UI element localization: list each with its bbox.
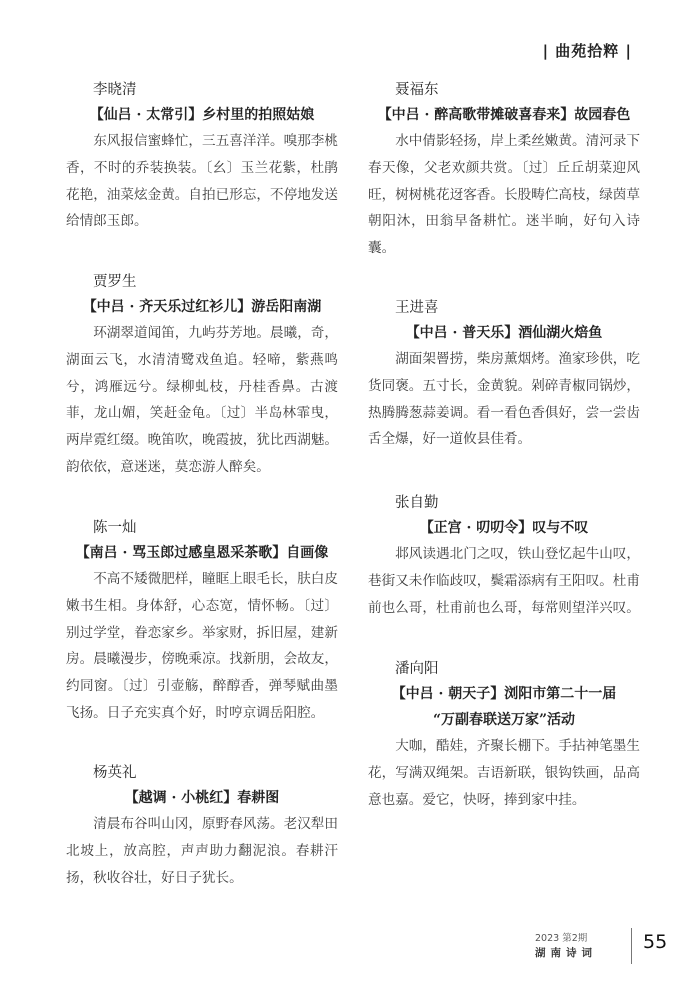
poem-author: 王进喜 bbox=[368, 296, 640, 320]
poem-author: 潘向阳 bbox=[368, 657, 640, 681]
poem-title: 【中吕 · 醉高歌带摊破喜春来】故园春色 bbox=[368, 102, 640, 128]
poem-title-line2: “万副春联送万家”活动 bbox=[368, 707, 640, 733]
poem-block: 陈一灿 【南吕 · 骂玉郎过感皇恩采茶歌】自画像 不高不矮微肥样，瞳眶上眼毛长，… bbox=[66, 516, 338, 761]
poem-title: 【正宫 · 叨叨令】叹与不叹 bbox=[368, 515, 640, 541]
right-column: 聂福东 【中吕 · 醉高歌带摊破喜春来】故园春色 水中倩影轻扬，岸上柔丝嫩黄。清… bbox=[368, 78, 640, 813]
poem-body: 湖面架罾捞，柴房薰烟烤。渔家珍供，吃货同褒。五寸长，金黄貌。剁碎青椒同锅炒，热腾… bbox=[368, 346, 640, 453]
poem-body: 水中倩影轻扬，岸上柔丝嫩黄。清河录下春天像，父老欢颜共赏。〔过〕丘丘胡菜迎风旺，… bbox=[368, 128, 640, 262]
poem-author: 张自勤 bbox=[368, 491, 640, 515]
section-header: | 曲苑拾粹 | bbox=[543, 40, 632, 61]
poem-block: 贾罗生 【中吕 · 齐天乐过红衫儿】游岳阳南湖 环湖翠道闻笛，九屿芬芳地。晨曦，… bbox=[66, 270, 338, 516]
poem-body: 环湖翠道闻笛，九屿芬芳地。晨曦，奇，湖面云飞，水清清鹭戏鱼追。轻啼，紫燕鸣兮，鸿… bbox=[66, 320, 338, 481]
poem-author: 陈一灿 bbox=[66, 516, 338, 540]
footer-divider bbox=[631, 928, 632, 964]
poem-body: 邶风读遇北门之叹，铁山登忆起牛山叹，巷街又未作临歧叹，鬓霜添病有王阳叹。杜甫前也… bbox=[368, 541, 640, 621]
poem-title: 【中吕 · 普天乐】酒仙湖火焙鱼 bbox=[368, 320, 640, 346]
left-column: 李晓清 【仙吕 · 太常引】乡村里的拍照姑娘 东风报信蜜蜂忙，三五喜洋洋。嗅那李… bbox=[66, 78, 338, 891]
magazine-name: 湖南诗词 bbox=[535, 945, 597, 960]
poem-block: 潘向阳 【中吕 · 朝天子】浏阳市第二十一届 “万副春联送万家”活动 大咖，酷娃… bbox=[368, 657, 640, 813]
poem-body: 东风报信蜜蜂忙，三五喜洋洋。嗅那李桃香，不时的乔装换装。〔幺〕玉兰花紫，杜鹃花艳… bbox=[66, 128, 338, 235]
poem-body: 清晨布谷叫山冈，原野春风荡。老汉犁田北坡上，放高腔，声声助力翻泥浪。春耕汗扬，秋… bbox=[66, 811, 338, 891]
poem-block: 张自勤 【正宫 · 叨叨令】叹与不叹 邶风读遇北门之叹，铁山登忆起牛山叹，巷街又… bbox=[368, 491, 640, 657]
poem-body: 大咖，酷娃，齐聚长棚下。手拈神笔墨生花，写满双绳架。吉语新联，银钩铁画，品高意也… bbox=[368, 733, 640, 813]
poem-block: 王进喜 【中吕 · 普天乐】酒仙湖火焙鱼 湖面架罾捞，柴房薰烟烤。渔家珍供，吃货… bbox=[368, 296, 640, 491]
poem-title: 【中吕 · 齐天乐过红衫儿】游岳阳南湖 bbox=[66, 294, 338, 320]
poem-body: 不高不矮微肥样，瞳眶上眼毛长，肤白皮嫩书生相。身体舒，心态宽，情怀畅。〔过〕别过… bbox=[66, 566, 338, 727]
poem-title: 【越调 · 小桃红】春耕图 bbox=[66, 785, 338, 811]
issue-label: 2023 第2期 bbox=[535, 930, 587, 944]
poem-author: 杨英礼 bbox=[66, 761, 338, 785]
poem-block: 杨英礼 【越调 · 小桃红】春耕图 清晨布谷叫山冈，原野春风荡。老汉犁田北坡上，… bbox=[66, 761, 338, 891]
poem-author: 李晓清 bbox=[66, 78, 338, 102]
poem-author: 聂福东 bbox=[368, 78, 640, 102]
poem-author: 贾罗生 bbox=[66, 270, 338, 294]
poem-title: 【中吕 · 朝天子】浏阳市第二十一届 bbox=[368, 681, 640, 707]
poem-title: 【南吕 · 骂玉郎过感皇恩采茶歌】自画像 bbox=[66, 540, 338, 566]
poem-block: 李晓清 【仙吕 · 太常引】乡村里的拍照姑娘 东风报信蜜蜂忙，三五喜洋洋。嗅那李… bbox=[66, 78, 338, 270]
poem-block: 聂福东 【中吕 · 醉高歌带摊破喜春来】故园春色 水中倩影轻扬，岸上柔丝嫩黄。清… bbox=[368, 78, 640, 296]
poem-title: 【仙吕 · 太常引】乡村里的拍照姑娘 bbox=[66, 102, 338, 128]
page-number: 55 bbox=[643, 931, 667, 953]
page-footer: 2023 第2期 湖南诗词 55 bbox=[530, 928, 680, 968]
